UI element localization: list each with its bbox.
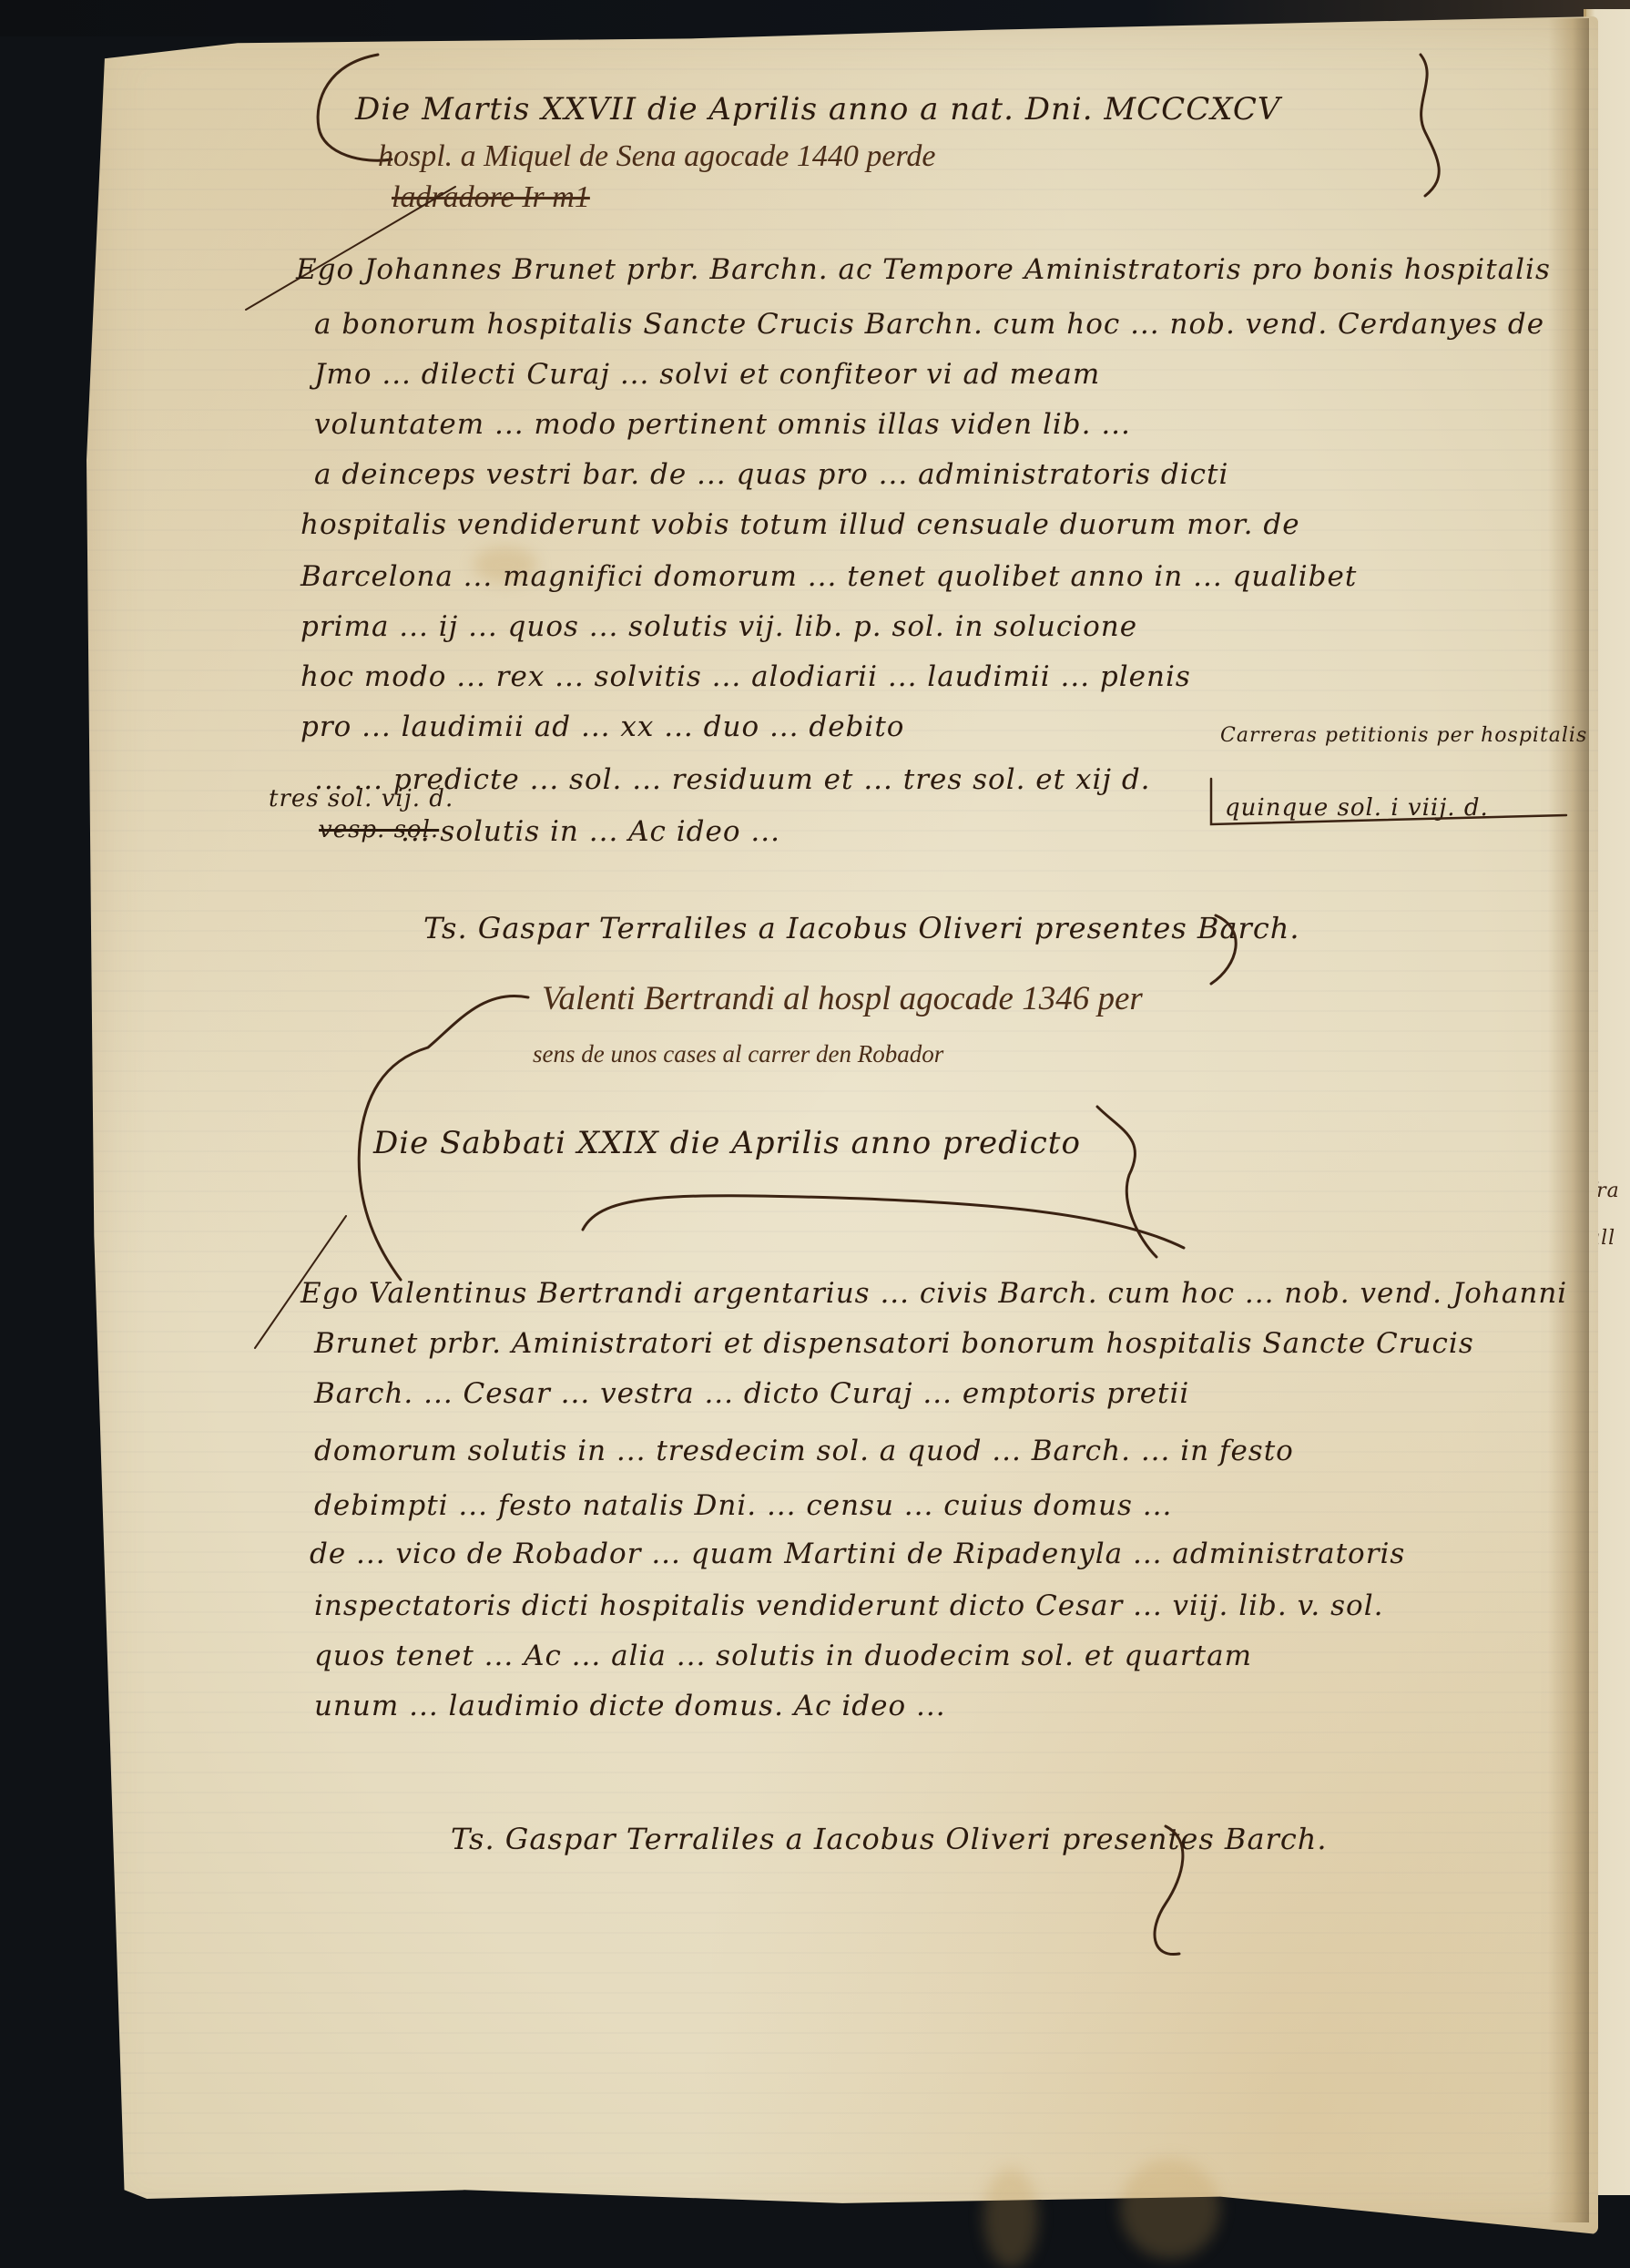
entry-2-body-line: quos tenet ... Ac ... alia ... solutis i… — [314, 1640, 1252, 1672]
entry-1-body-line: Ego Johannes Brunet prbr. Barchn. ac Tem… — [296, 253, 1551, 286]
entry-2-body-line: Brunet prbr. Aministratori et dispensato… — [314, 1327, 1474, 1360]
entry-2-body-line: debimpti ... festo natalis Dni. ... cens… — [314, 1489, 1172, 1522]
entry-1-body-line: voluntatem ... modo pertinent omnis illa… — [314, 408, 1131, 441]
entry-1-interlinear-correction: Carreras petitionis per hospitalis — [1220, 724, 1587, 747]
entry-1-body-line: pro ... laudimii ad ... xx ... duo ... d… — [301, 710, 904, 743]
entry-2-body-line: inspectatoris dicti hospitalis vendideru… — [314, 1589, 1383, 1622]
entry-1-body-line: prima ... ij ... quos ... solutis vij. l… — [301, 610, 1137, 643]
entry-1-left-margin-note: tres sol. vij. d. — [269, 785, 453, 812]
entry-2-body-line: Barch. ... Cesar ... vestra ... dicto Cu… — [314, 1377, 1189, 1410]
water-stain — [983, 2168, 1038, 2268]
entry-2-body-line: de ... vico de Robador ... quam Martini … — [310, 1538, 1405, 1570]
entry-2-marginal-summary-line-1: Valenti Bertrandi al hospl agocade 1346 … — [542, 979, 1143, 1018]
bracket-flourish-right — [1402, 50, 1457, 205]
entry-2-marginal-summary-line-2: sens de unos cases al carrer den Robador — [533, 1040, 943, 1068]
entry-1-witness-line: Ts. Gaspar Terraliles a Iacobus Oliveri … — [423, 911, 1300, 945]
entry-1-body-line: a bonorum hospitalis Sancte Crucis Barch… — [314, 308, 1544, 341]
entry-1-body-line: hospitalis vendiderunt vobis totum illud… — [301, 508, 1300, 541]
entry-2-body-line: domorum solutis in ... tresdecim sol. a … — [314, 1435, 1294, 1467]
witness-flourish — [1138, 1822, 1211, 1967]
witness-flourish — [1202, 911, 1257, 993]
underline-flourish — [565, 1175, 1202, 1257]
entry-1-body-line: hoc modo ... rex ... solvitis ... alodia… — [301, 660, 1191, 693]
pen-stroke — [237, 182, 474, 319]
water-stain — [1120, 2159, 1220, 2259]
entry-1-body-line: ... solutis in ... Ac ideo ... — [401, 815, 780, 848]
binding-gutter — [1548, 18, 1589, 2222]
entry-1-body-line: a deinceps vestri bar. de ... quas pro .… — [314, 458, 1228, 491]
entry-1-date-header: Die Martis XXVII die Aprilis anno a nat.… — [355, 91, 1280, 128]
entry-2-body-line: unum ... laudimio dicte domus. Ac ideo .… — [314, 1690, 946, 1722]
entry-2-body-line: Ego Valentinus Bertrandi argentarius ...… — [301, 1277, 1567, 1310]
entry-1-body-line: Jmo ... dilecti Curaj ... solvi et confi… — [314, 358, 1100, 391]
entry-1-marginal-summary-line-1: hospl. a Miquel de Sena agocade 1440 per… — [378, 139, 936, 174]
entry-1-left-margin-struck-note: vesp. sol. — [319, 816, 439, 843]
entry-1-body-line: Barcelona ... magnifici domorum ... tene… — [301, 560, 1357, 593]
entry-2-date-header: Die Sabbati XXIX die Aprilis anno predic… — [373, 1125, 1081, 1161]
correction-box-line — [1202, 774, 1584, 838]
